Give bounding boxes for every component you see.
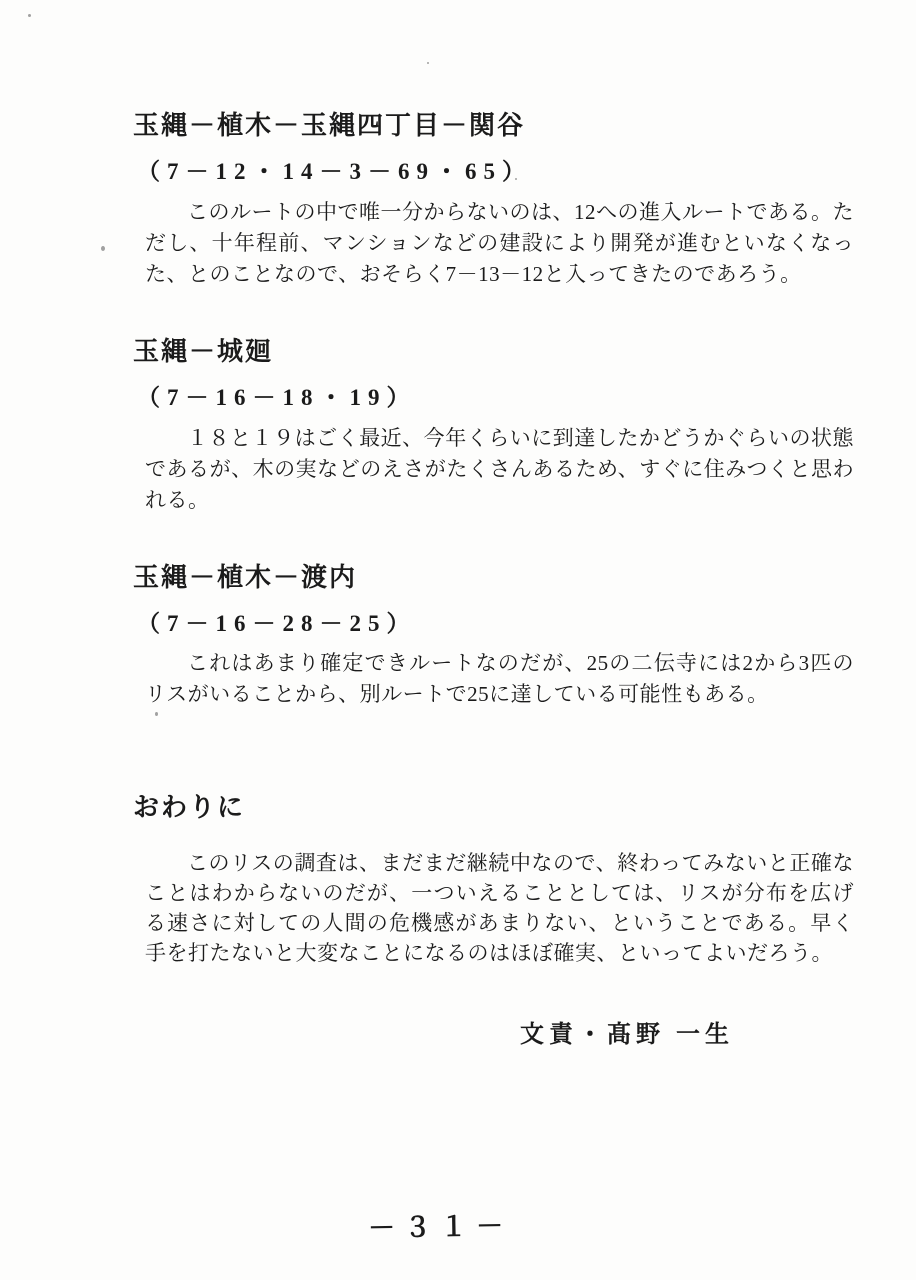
- document-content: 玉縄－植木－玉縄四丁目－関谷 （7－12・14－3－69・65） このルートの中…: [133, 110, 854, 1049]
- author-signature: 文責・髙野 一生: [133, 1014, 734, 1049]
- scan-speck: [427, 62, 429, 64]
- route-section-3: 玉縄－植木－渡内 （7－16－28－25） これはあまり確定できルートなのだが、…: [133, 562, 854, 711]
- route-section-heading: 玉縄－城廻: [133, 336, 854, 367]
- route-code: （7－16－28－25）: [137, 610, 854, 638]
- page-number: －３１－: [368, 1204, 513, 1246]
- route-section-body: このルートの中で唯一分からないのは、12への進入ルートである。ただし、十年程前、…: [145, 197, 854, 290]
- route-section-body: これはあまり確定できルートなのだが、25の二伝寺には2から3匹のリスがいることか…: [145, 648, 854, 710]
- scan-speck: [28, 14, 31, 17]
- route-section-body: １８と１９はごく最近、今年くらいに到達したかどうかぐらいの状態であるが、木の実な…: [145, 423, 854, 516]
- scan-speck: [101, 246, 105, 251]
- closing-section-heading: おわりに: [133, 792, 854, 823]
- scanned-document-page: 玉縄－植木－玉縄四丁目－関谷 （7－12・14－3－69・65） このルートの中…: [0, 0, 916, 1280]
- route-section-2: 玉縄－城廻 （7－16－18・19） １８と１９はごく最近、今年くらいに到達した…: [133, 336, 854, 516]
- route-section-heading: 玉縄－植木－渡内: [133, 562, 854, 593]
- closing-section-body: このリスの調査は、まだまだ継続中なので、終わってみないと正確なことはわからないの…: [145, 848, 854, 968]
- closing-section: おわりに このリスの調査は、まだまだ継続中なので、終わってみないと正確なことはわ…: [133, 792, 854, 967]
- route-code: （7－16－18・19）: [137, 384, 854, 412]
- route-code: （7－12・14－3－69・65）: [137, 158, 854, 186]
- route-section-heading: 玉縄－植木－玉縄四丁目－関谷: [133, 110, 854, 141]
- route-section-1: 玉縄－植木－玉縄四丁目－関谷 （7－12・14－3－69・65） このルートの中…: [133, 110, 854, 290]
